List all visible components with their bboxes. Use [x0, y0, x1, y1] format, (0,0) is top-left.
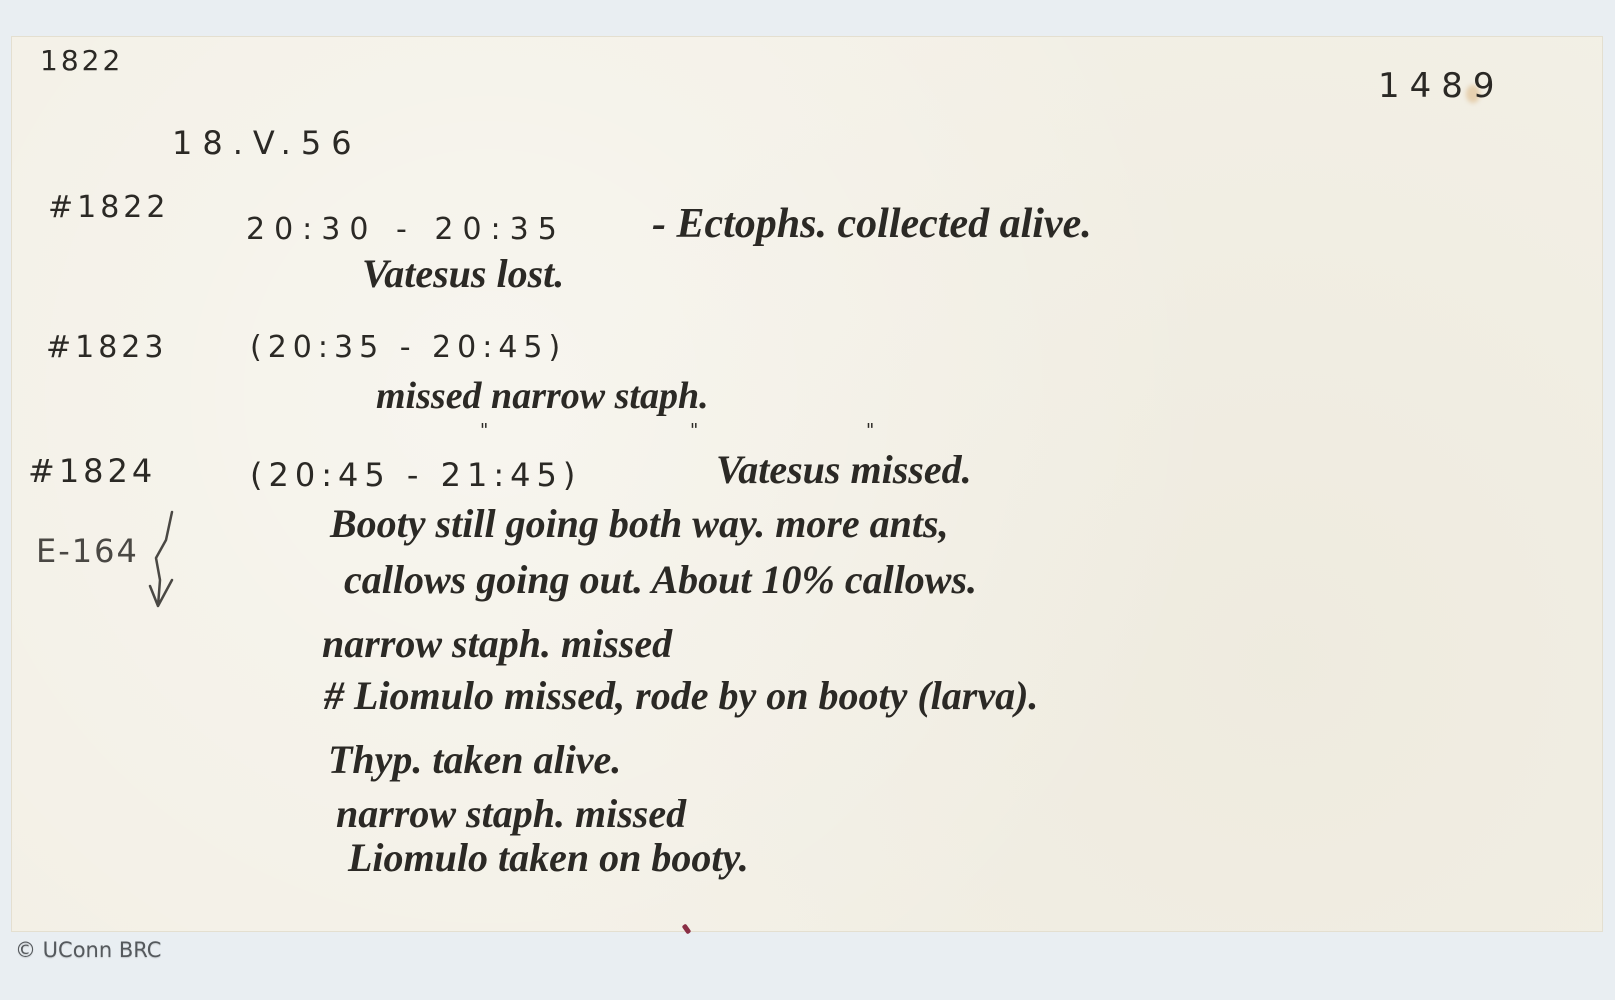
corner-number-left: 1822 [40, 44, 123, 77]
ditto-mark-2: " [690, 420, 698, 441]
entry-id-1822: #1822 [48, 190, 169, 225]
entry-1823-line-1: missed narrow staph. [376, 374, 709, 418]
entry-id-1824: #1824 [28, 452, 156, 490]
entry-1824-line-5: # Liomulo missed, rode by on booty (larv… [324, 672, 1038, 719]
entry-id-1823: #1823 [46, 330, 167, 365]
entry-1824-line-6: Thyp. taken alive. [328, 736, 621, 783]
entry-time-1824: (20:45 - 21:45) [250, 456, 581, 494]
card-date: 18.V.56 [172, 124, 362, 162]
side-note-e164: E-164 [36, 532, 139, 570]
entry-1824-line-8: Liomulo taken on booty. [348, 834, 749, 881]
entry-time-1822: 20:30 - 20:35 [246, 212, 566, 247]
entry-1822-line-1: - Ectophs. collected alive. [652, 200, 1092, 248]
entry-1824-line-4: narrow staph. missed [322, 620, 672, 667]
bracket-arrow-icon [148, 510, 178, 610]
ditto-mark-1: " [480, 420, 488, 441]
entry-1824-line-2: Booty still going both way. more ants, [330, 500, 949, 547]
entry-time-1823: (20:35 - 20:45) [250, 330, 566, 365]
entry-1824-line-7: narrow staph. missed [336, 790, 686, 837]
corner-number-right: 1489 [1378, 66, 1505, 106]
entry-1824-line-3: callows going out. About 10% callows. [344, 556, 977, 603]
ditto-mark-3: " [866, 420, 874, 441]
entry-1824-line-1: Vatesus missed. [716, 446, 972, 493]
entry-1822-line-2: Vatesus lost. [362, 250, 564, 297]
copyright-footer: © UConn BRC [15, 938, 161, 962]
